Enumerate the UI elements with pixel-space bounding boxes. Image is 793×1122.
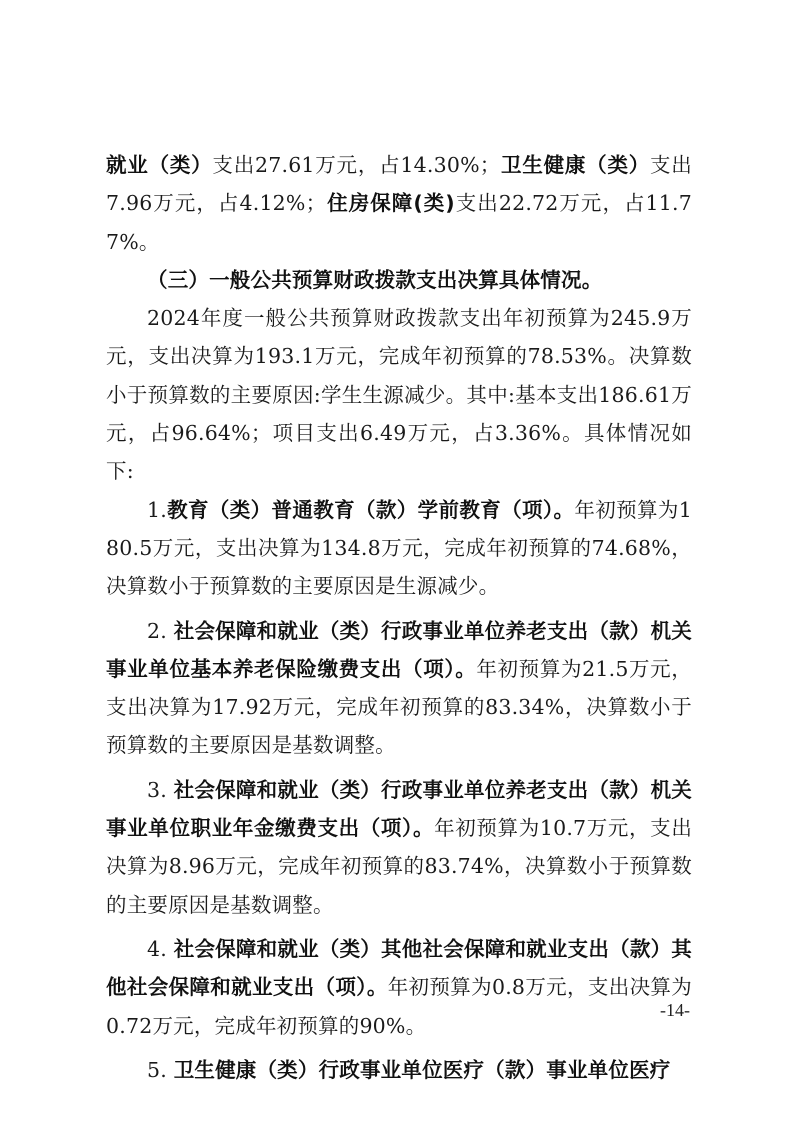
item-title: 卫生健康（类）行政事业单位医疗（款）事业单位医疗 <box>174 1058 671 1082</box>
employment-expense-text: 支出27.61万元，占14.30%； <box>212 153 500 177</box>
category-housing: 住房保障(类) <box>326 191 455 215</box>
paragraph-general-budget-overview: 2024年度一般公共预算财政拨款支出年初预算为245.9万元，支出决算为193.… <box>106 299 692 490</box>
item-number: 3. <box>147 778 167 802</box>
item-title-end: 。 <box>367 975 388 999</box>
paragraph-expense-summary-continued: 就业（类）支出27.61万元，占14.30%；卫生健康（类）支出7.96万元，占… <box>106 146 692 261</box>
list-item-2: 2. 社会保障和就业（类）行政事业单位养老支出（款）机关事业单位基本养老保险缴费… <box>106 612 692 765</box>
item-number: 5. <box>147 1058 167 1082</box>
item-title-end: 。 <box>413 816 434 840</box>
item-number: 4. <box>147 937 167 961</box>
item-number: 2. <box>147 619 167 643</box>
list-item-5: 5. 卫生健康（类）行政事业单位医疗（款）事业单位医疗 <box>106 1051 692 1089</box>
list-item-4: 4. 社会保障和就业（类）其他社会保障和就业支出（款）其他社会保障和就业支出（项… <box>106 930 692 1045</box>
list-item-3: 3. 社会保障和就业（类）行政事业单位养老支出（款）机关事业单位职业年金缴费支出… <box>106 771 692 924</box>
item-title: 教育（类）普通教育（款）学前教育（项） <box>167 498 554 522</box>
category-employment: 就业（类） <box>106 153 212 177</box>
document-page: 就业（类）支出27.61万元，占14.30%；卫生健康（类）支出7.96万元，占… <box>106 146 692 1089</box>
page-number: -14- <box>660 1000 690 1021</box>
section-heading-3: （三）一般公共预算财政拨款支出决算具体情况。 <box>106 261 692 299</box>
item-title-end: 。 <box>554 498 575 522</box>
item-number: 1. <box>147 498 167 522</box>
item-title-end: 。 <box>455 657 476 681</box>
list-item-1: 1.教育（类）普通教育（款）学前教育（项）。年初预算为180.5万元，支出决算为… <box>106 491 692 606</box>
category-health: 卫生健康（类） <box>500 153 650 177</box>
